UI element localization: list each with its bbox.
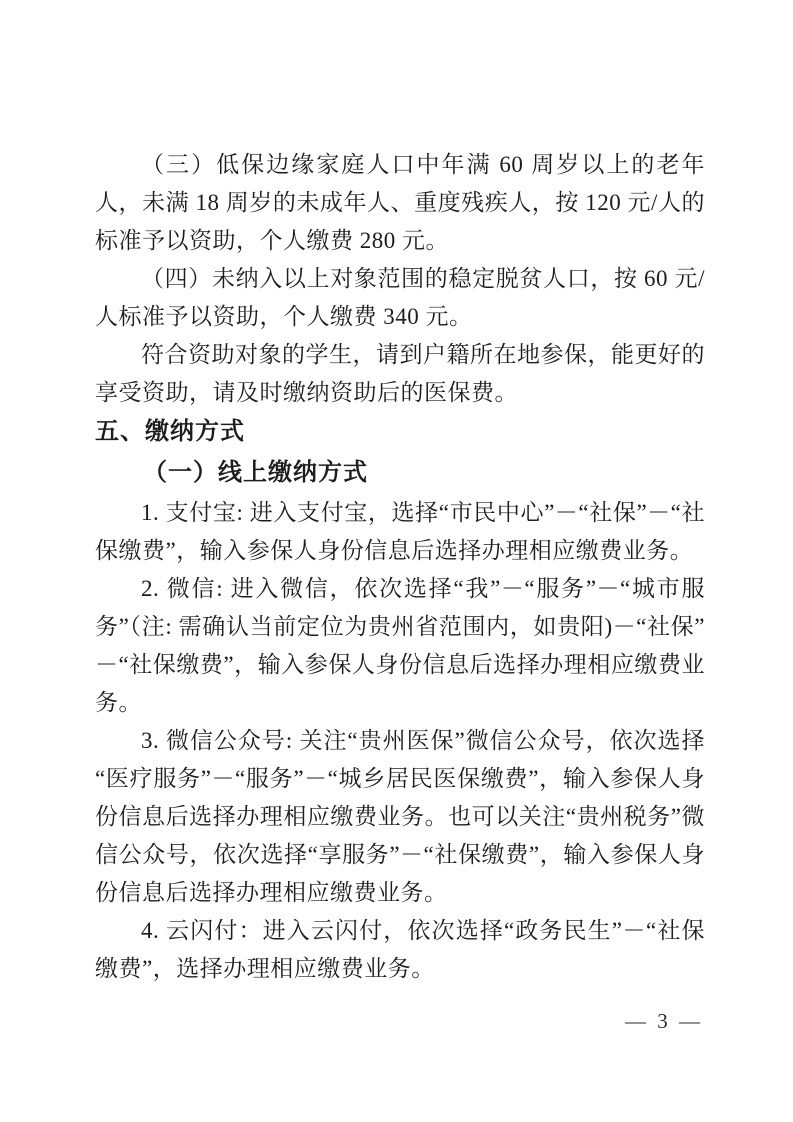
paragraph-wechat-official-account-method: 3. 微信公众号: 关注“贵州医保”微信公众号，依次选择“医疗服务”－“服务”－… [95,722,705,912]
heading-online-payment-methods: （一）线上缴纳方式 [95,452,705,494]
heading-section-5-payment-methods: 五、缴纳方式 [95,412,705,452]
paragraph-alipay-method: 1. 支付宝: 进入支付宝，选择“市民中心”－“社保”－“社保缴费”，输入参保人… [95,494,705,570]
paragraph-student-enrollment-note: 符合资助对象的学生，请到户籍所在地参保，能更好的享受资助，请及时缴纳资助后的医保… [95,336,705,412]
paragraph-unionpay-cloudquickpass-method: 4. 云闪付：进入云闪付，依次选择“政务民生”－“社保缴费”，选择办理相应缴费业… [95,912,705,988]
page-number: — 3 — [625,1006,703,1036]
document-page: （三）低保边缘家庭人口中年满 60 周岁以上的老年人，未满 18 周岁的未成年人… [0,0,793,1122]
paragraph-clause-3-subsidy: （三）低保边缘家庭人口中年满 60 周岁以上的老年人，未满 18 周岁的未成年人… [95,146,705,260]
document-body: （三）低保边缘家庭人口中年满 60 周岁以上的老年人，未满 18 周岁的未成年人… [95,146,705,988]
paragraph-wechat-method: 2. 微信: 进入微信，依次选择“我”－“服务”－“城市服务”（注: 需确认当前… [95,570,705,722]
paragraph-clause-4-subsidy: （四）未纳入以上对象范围的稳定脱贫人口，按 60 元/人标准予以资助，个人缴费 … [95,260,705,336]
